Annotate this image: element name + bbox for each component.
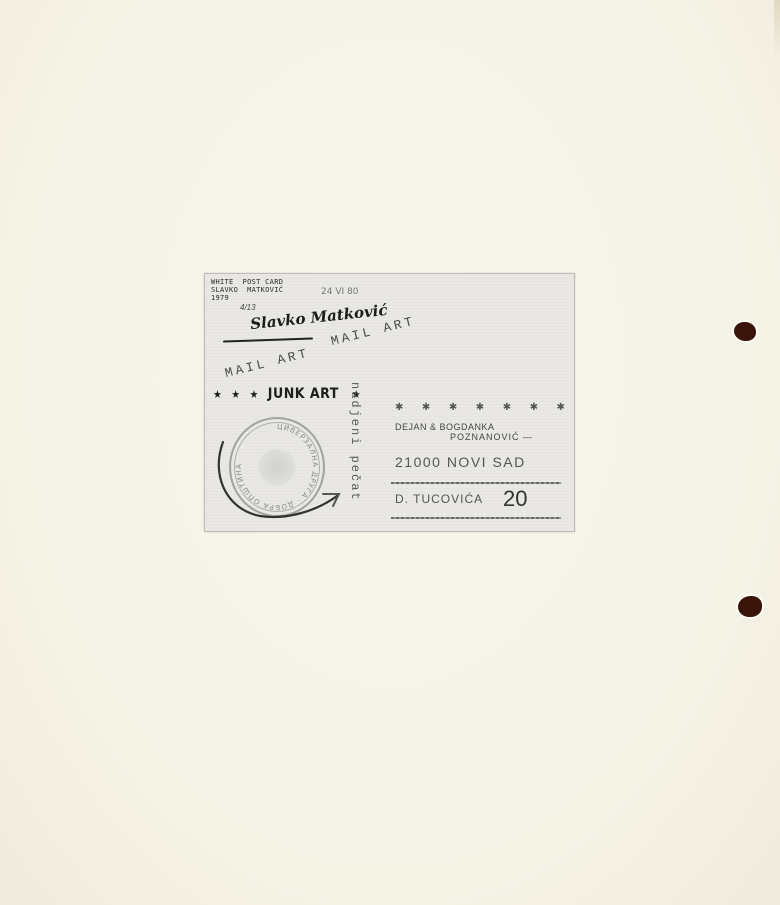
star-icon: ✱: [476, 402, 484, 413]
address-star-row: ✱ ✱ ✱ ✱ ✱ ✱ ✱: [395, 402, 565, 413]
hand-drawn-arrow-icon: [215, 434, 345, 524]
binder-hole-top: [734, 322, 756, 341]
address-recipient: DEJAN & BOGDANKA: [395, 422, 495, 432]
header-line: WHITE POST CARD: [211, 278, 283, 286]
header-line: SLAVKO MATKOVIĆ: [211, 286, 283, 294]
postcard-header: WHITE POST CARD SLAVKO MATKOVIĆ 1979: [211, 278, 283, 302]
date-stamp: 24 VI 80: [321, 287, 358, 297]
address-number: 20: [503, 486, 527, 512]
address-surname: POZNANOVIĆ —: [450, 432, 533, 442]
address-rule: [391, 517, 561, 519]
star-icon: ✱: [422, 402, 430, 413]
star-icon: ✱: [395, 402, 403, 413]
mail-art-stamp: MAIL ART: [223, 346, 310, 381]
star-icon: ✱: [530, 402, 538, 413]
address-rule: [391, 482, 561, 484]
star-icon: ★: [250, 388, 259, 401]
edition-number: 4/13: [240, 303, 256, 312]
mail-art-postcard: WHITE POST CARD SLAVKO MATKOVIĆ 1979 24 …: [204, 273, 575, 532]
star-icon: ✱: [503, 402, 511, 413]
star-icon: ✱: [449, 402, 457, 413]
junk-art-label: JUNK ART: [268, 386, 339, 402]
signature-underline: [223, 337, 313, 342]
binder-hole-bottom: [738, 596, 762, 617]
vertical-stamp-text: nadjeni pečat: [348, 382, 362, 502]
junk-art-stamp: ★ ★ ★ JUNK ART ★: [213, 386, 365, 402]
header-line: 1979: [211, 294, 283, 302]
address-street: D. TUCOVIĆA: [395, 492, 483, 506]
star-icon: ✱: [557, 402, 565, 413]
edge-stain: [774, 0, 780, 60]
star-icon: ★: [231, 388, 240, 401]
star-icon: ★: [213, 388, 222, 401]
paper-sheet: WHITE POST CARD SLAVKO MATKOVIĆ 1979 24 …: [0, 0, 780, 905]
address-city: 21000 NOVI SAD: [395, 454, 526, 470]
